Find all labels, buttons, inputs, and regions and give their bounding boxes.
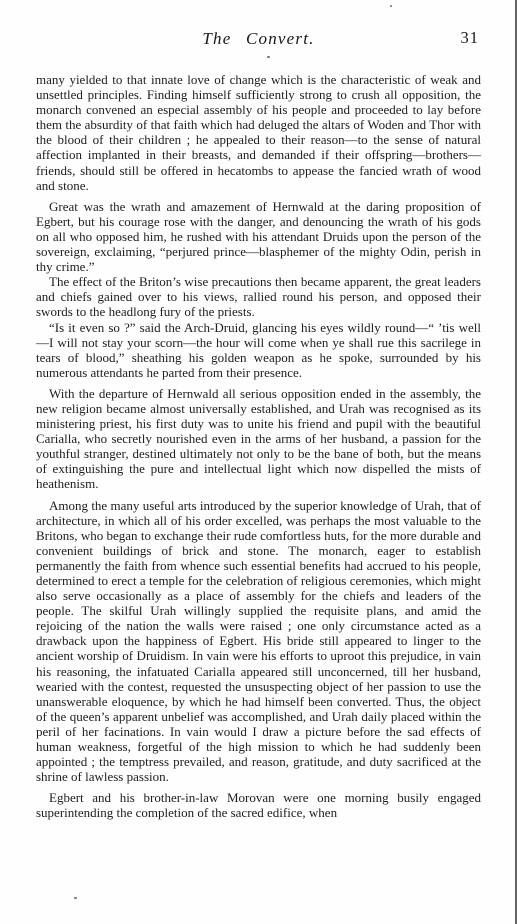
paragraph: many yielded to that innate love of chan… bbox=[36, 72, 481, 193]
running-title: The Convert. bbox=[0, 29, 517, 49]
book-page: The Convert. 31 many yielded to that inn… bbox=[0, 0, 517, 924]
paragraph: Among the many useful arts introduced by… bbox=[36, 498, 481, 785]
paragraph: With the departure of Hernwald all serio… bbox=[36, 386, 481, 492]
page-header: The Convert. 31 bbox=[0, 0, 517, 49]
paragraph: The effect of the Briton’s wise precauti… bbox=[36, 274, 481, 319]
paragraph: Egbert and his brother-in-law Morovan we… bbox=[36, 790, 481, 820]
paragraph: “Is it even so ?” said the Arch-Druid, g… bbox=[36, 320, 481, 380]
ink-speck bbox=[74, 897, 77, 899]
page-body: many yielded to that innate love of chan… bbox=[36, 72, 481, 821]
page-number: 31 bbox=[461, 28, 480, 48]
paragraph: Great was the wrath and amazement of Her… bbox=[36, 199, 481, 274]
ink-speck bbox=[267, 56, 270, 58]
